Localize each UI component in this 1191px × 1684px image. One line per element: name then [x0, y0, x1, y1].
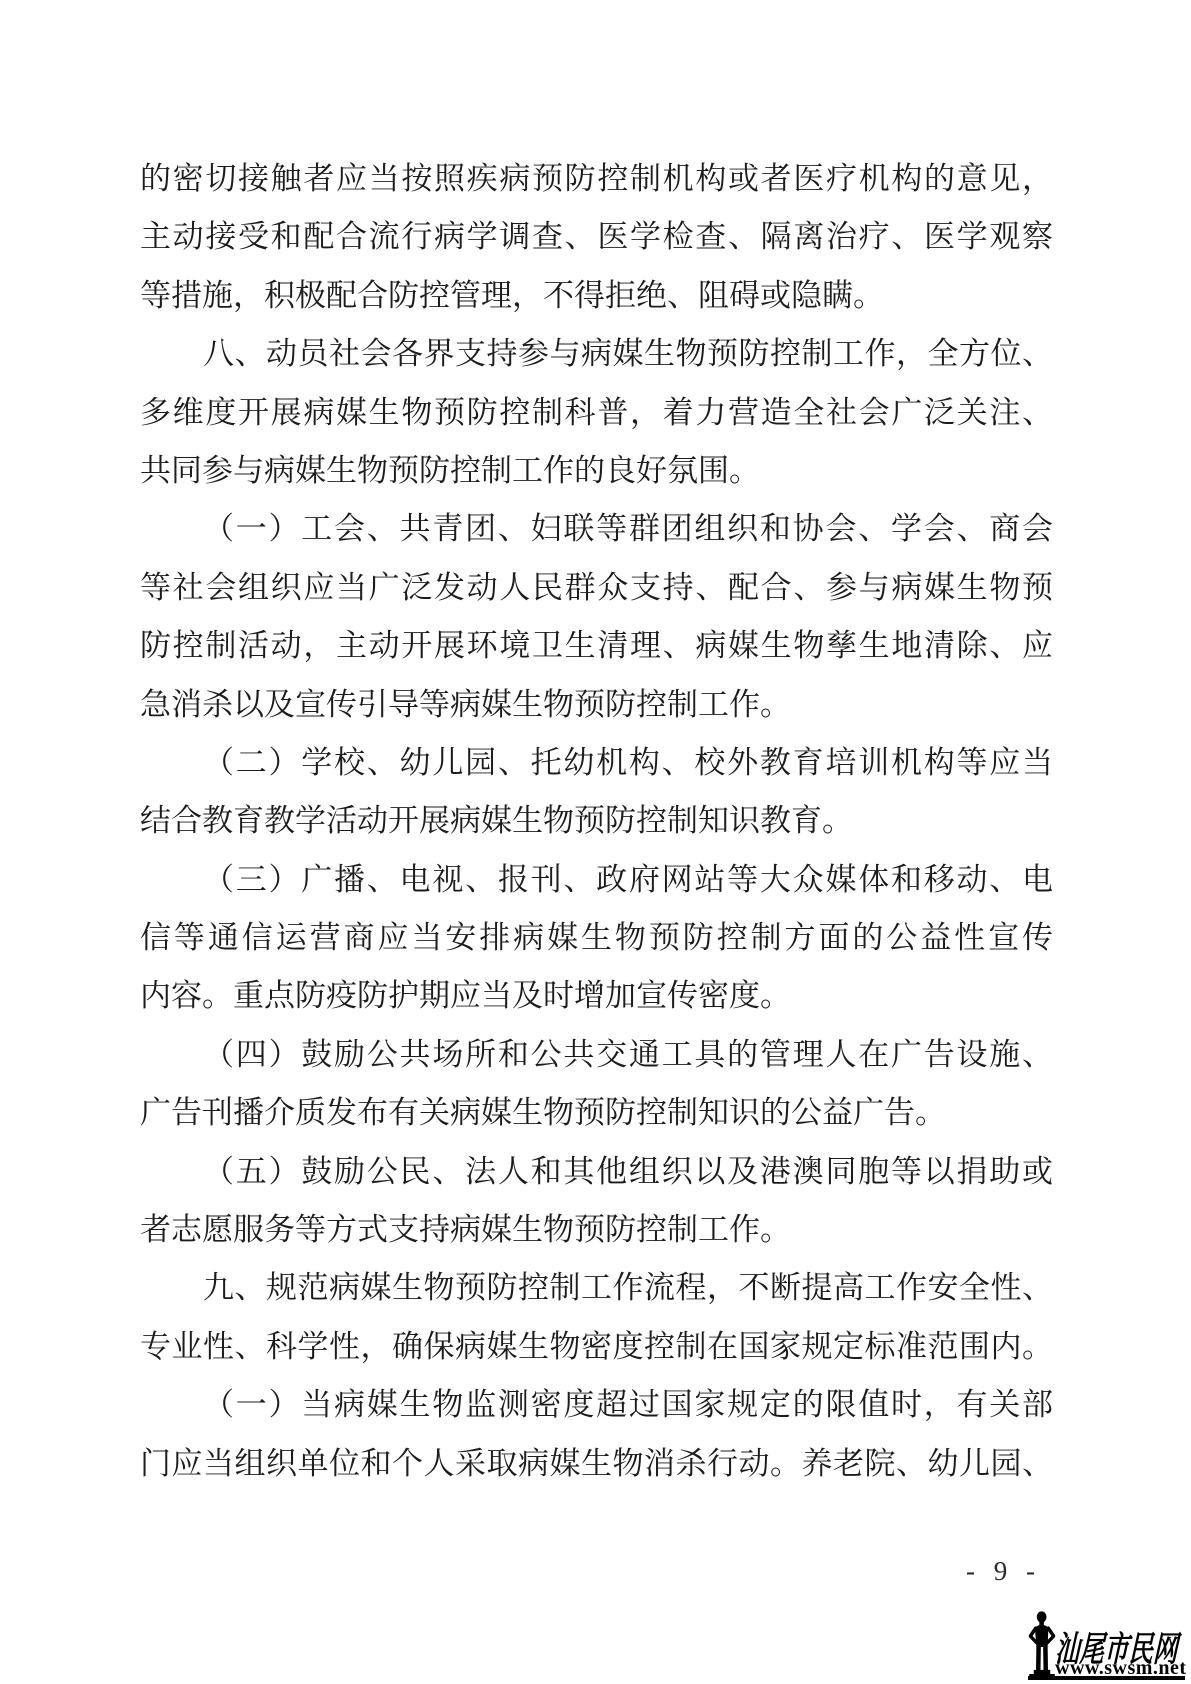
site-watermark: 汕尾市民网 www.swsm.net [1020, 1605, 1191, 1684]
text-line: 等社会组织应当广泛发动人民群众支持、配合、参与病媒生物预 [140, 559, 1053, 617]
text-line: 八、动员社会各界支持参与病媒生物预防控制工作，全方位、 [140, 325, 1053, 383]
document-page: 的密切接触者应当按照疾病预防控制机构或者医疗机构的意见，主动接受和配合流行病学调… [0, 0, 1191, 1684]
watermark-site-url: www.swsm.net [1055, 1658, 1187, 1678]
text-line: 专业性、科学性，确保病媒生物密度控制在国家规定标准范围内。 [140, 1318, 1053, 1376]
text-line: 共同参与病媒生物预防控制工作的良好氛围。 [140, 442, 1053, 500]
text-line: （五）鼓励公民、法人和其他组织以及港澳同胞等以捐助或 [140, 1143, 1053, 1201]
text-line: （一）当病媒生物监测密度超过国家规定的限值时，有关部 [140, 1376, 1053, 1434]
text-line: 广告刊播介质发布有关病媒生物预防控制知识的公益广告。 [140, 1084, 1053, 1142]
text-line: 主动接受和配合流行病学调查、医学检查、隔离治疗、医学观察 [140, 208, 1053, 266]
text-line: （四）鼓励公共场所和公共交通工具的管理人在广告设施、 [140, 1026, 1053, 1084]
watermark-underline [1028, 1676, 1185, 1680]
text-line: 门应当组织单位和个人采取病媒生物消杀行动。养老院、幼儿园、 [140, 1435, 1053, 1493]
text-line: （二）学校、幼儿园、托幼机构、校外教育培训机构等应当 [140, 734, 1053, 792]
page-number: - 9 - [966, 1556, 1041, 1587]
text-line: 九、规范病媒生物预防控制工作流程，不断提高工作安全性、 [140, 1259, 1053, 1317]
document-body: 的密切接触者应当按照疾病预防控制机构或者医疗机构的意见，主动接受和配合流行病学调… [140, 150, 1053, 1493]
text-line: 等措施，积极配合防控管理，不得拒绝、阻碍或隐瞒。 [140, 267, 1053, 325]
text-line: 防控制活动，主动开展环境卫生清理、病媒生物孳生地清除、应 [140, 617, 1053, 675]
text-line: 者志愿服务等方式支持病媒生物预防控制工作。 [140, 1201, 1053, 1259]
text-line: （三）广播、电视、报刊、政府网站等大众媒体和移动、电 [140, 851, 1053, 909]
text-line: 多维度开展病媒生物预防控制科普，着力营造全社会广泛关注、 [140, 384, 1053, 442]
text-line: 内容。重点防疫防护期应当及时增加宣传密度。 [140, 967, 1053, 1025]
person-silhouette-icon [1026, 1611, 1058, 1680]
text-line: 信等通信运营商应当安排病媒生物预防控制方面的公益性宣传 [140, 909, 1053, 967]
text-line: （一）工会、共青团、妇联等群团组织和协会、学会、商会 [140, 500, 1053, 558]
text-line: 急消杀以及宣传引导等病媒生物预防控制工作。 [140, 676, 1053, 734]
text-line: 的密切接触者应当按照疾病预防控制机构或者医疗机构的意见， [140, 150, 1053, 208]
text-line: 结合教育教学活动开展病媒生物预防控制知识教育。 [140, 792, 1053, 850]
